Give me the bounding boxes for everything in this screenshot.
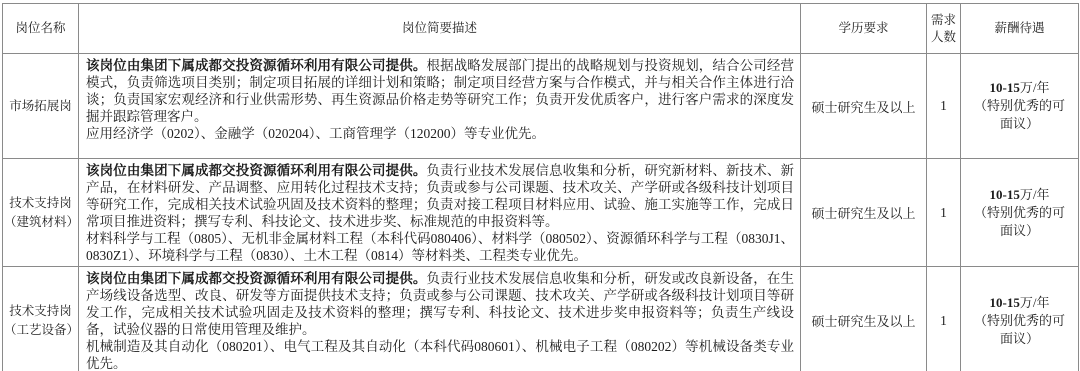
header-description: 岗位简要描述 <box>79 4 801 54</box>
education-requirement: 硕士研究生及以上 <box>801 54 927 159</box>
position-description: 该岗位由集团下属成都交投资源循环利用有限公司提供。根据战略发展部门提出的战略规划… <box>79 54 801 159</box>
headcount-value: 1 <box>927 159 961 267</box>
table-header-row: 岗位名称 岗位简要描述 学历要求 需求 人数 薪酬待遇 <box>3 4 1079 54</box>
job-postings-table: 岗位名称 岗位简要描述 学历要求 需求 人数 薪酬待遇 市场拓展岗 该岗位由集团… <box>2 3 1079 371</box>
table-row-tech-support-materials: 技术支持岗 （建筑材料） 该岗位由集团下属成都交投资源循环利用有限公司提供。负责… <box>3 159 1079 267</box>
salary-amount-line: 10-15万/年 <box>969 186 1070 204</box>
preferred-majors-text: 材料科学与工程（0805）、无机非金属材料工程（本科代码080406）、材料学（… <box>86 230 794 264</box>
headcount-value: 1 <box>927 267 961 371</box>
header-salary: 薪酬待遇 <box>961 4 1079 54</box>
header-position: 岗位名称 <box>3 4 79 54</box>
preferred-majors-text: 机械制造及其自动化（080201）、电气工程及其自动化（本科代码080601）、… <box>86 338 794 371</box>
salary-note: （特别优秀的可面议） <box>969 97 1070 133</box>
headcount-value: 1 <box>927 54 961 159</box>
salary-amount: 10-15 <box>990 80 1020 95</box>
provider-lead-text: 该岗位由集团下属成都交投资源循环利用有限公司提供。 <box>86 163 426 178</box>
table-row-tech-support-equipment: 技术支持岗 （工艺设备） 该岗位由集团下属成都交投资源循环利用有限公司提供。负责… <box>3 267 1079 371</box>
salary-info: 10-15万/年 （特别优秀的可面议） <box>961 267 1079 371</box>
salary-amount: 10-15 <box>990 187 1020 202</box>
salary-amount: 10-15 <box>990 295 1020 310</box>
salary-unit: 万/年 <box>1020 80 1050 95</box>
education-requirement: 硕士研究生及以上 <box>801 159 927 267</box>
header-education: 学历要求 <box>801 4 927 54</box>
salary-note: （特别优秀的可面议） <box>969 204 1070 240</box>
salary-amount-line: 10-15万/年 <box>969 79 1070 97</box>
salary-info: 10-15万/年 （特别优秀的可面议） <box>961 54 1079 159</box>
table-row-market-development: 市场拓展岗 该岗位由集团下属成都交投资源循环利用有限公司提供。根据战略发展部门提… <box>3 54 1079 159</box>
provider-lead-text: 该岗位由集团下属成都交投资源循环利用有限公司提供。 <box>86 271 426 286</box>
position-description: 该岗位由集团下属成都交投资源循环利用有限公司提供。负责行业技术发展信息收集和分析… <box>79 267 801 371</box>
salary-unit: 万/年 <box>1020 295 1050 310</box>
provider-lead-text: 该岗位由集团下属成都交投资源循环利用有限公司提供。 <box>86 58 426 73</box>
position-description: 该岗位由集团下属成都交投资源循环利用有限公司提供。负责行业技术发展信息收集和分析… <box>79 159 801 267</box>
salary-amount-line: 10-15万/年 <box>969 294 1070 312</box>
position-name: 市场拓展岗 <box>3 54 79 159</box>
salary-info: 10-15万/年 （特别优秀的可面议） <box>961 159 1079 267</box>
salary-unit: 万/年 <box>1020 187 1050 202</box>
position-name: 技术支持岗 （工艺设备） <box>3 267 79 371</box>
preferred-majors-text: 应用经济学（0202）、金融学（020204）、工商管理学（120200）等专业… <box>86 125 794 142</box>
education-requirement: 硕士研究生及以上 <box>801 267 927 371</box>
header-headcount: 需求 人数 <box>927 4 961 54</box>
salary-note: （特别优秀的可面议） <box>969 312 1070 348</box>
position-name: 技术支持岗 （建筑材料） <box>3 159 79 267</box>
